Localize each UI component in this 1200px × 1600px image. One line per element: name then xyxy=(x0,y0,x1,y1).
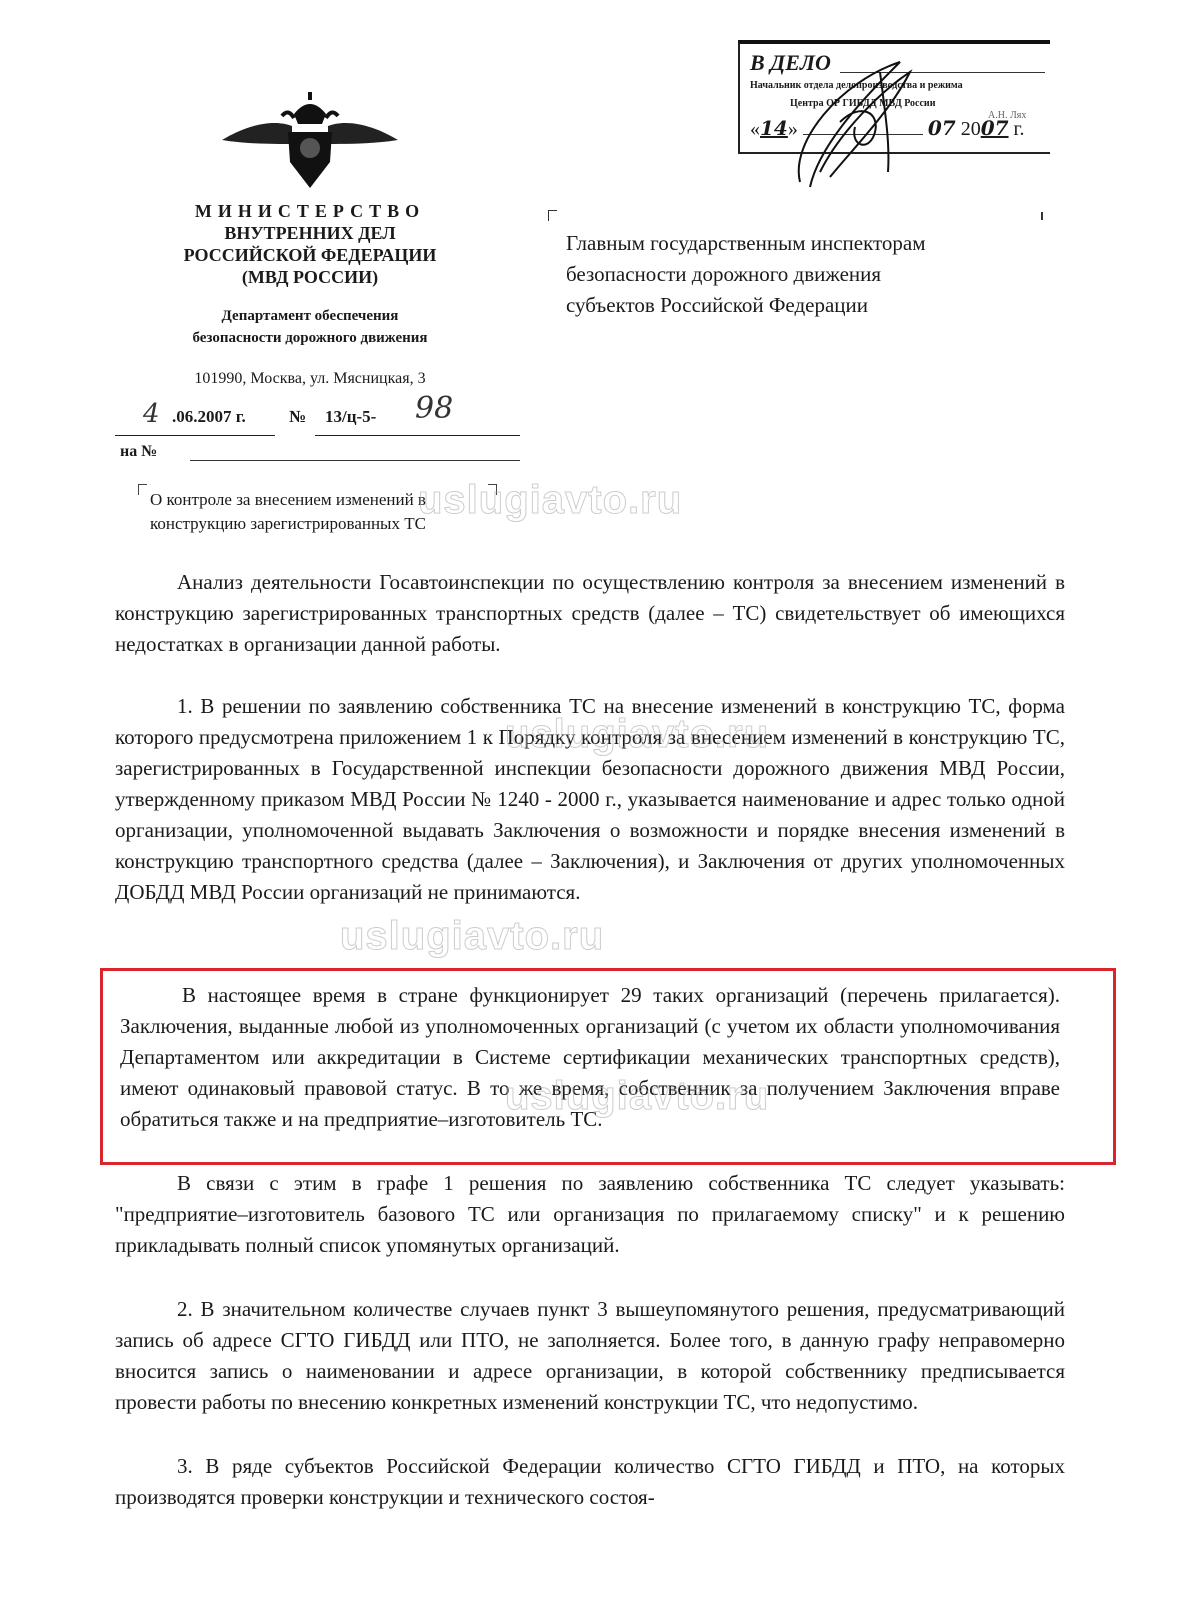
letterhead-line2: ВНУТРЕННИХ ДЕЛ xyxy=(100,222,520,244)
paragraph-intro: Анализ деятельности Госавтоинспекции по … xyxy=(115,567,1065,660)
paragraph-3-text: 3. В ряде субъектов Российской Федерации… xyxy=(115,1451,1065,1513)
watermark: uslugiavto.ru xyxy=(505,1074,769,1119)
letterhead-department: Департамент обеспечения безопасности дор… xyxy=(100,305,520,349)
outgoing-number: 4 .06.2007 г. № 13/ц-5- 98 xyxy=(115,405,520,435)
letterhead-dept-line2: безопасности дорожного движения xyxy=(100,327,520,349)
watermark: uslugiavto.ru xyxy=(340,914,604,959)
addressee-line1: Главным государственным инспекторам xyxy=(566,228,1066,259)
date-text: .06.2007 г. xyxy=(172,407,246,427)
watermark: uslugiavto.ru xyxy=(505,712,769,757)
reply-to-number: на № xyxy=(120,443,520,469)
reply-underline xyxy=(190,460,520,461)
paragraph-2: 2. В значительном количестве случаев пун… xyxy=(115,1294,1065,1418)
watermark: uslugiavto.ru xyxy=(418,478,682,523)
number-underline xyxy=(315,435,520,436)
mvd-emblem-icon xyxy=(222,92,398,192)
date-day-handwritten: 4 xyxy=(143,399,160,429)
document-number: 13/ц-5- xyxy=(325,407,376,427)
stamp-year-prefix: 20 xyxy=(961,118,981,140)
letterhead-line3: РОССИЙСКОЙ ФЕДЕРАЦИИ xyxy=(100,244,520,266)
letterhead-ministry-title: МИНИСТЕРСТВО xyxy=(100,200,520,222)
paragraph-link-text: В связи с этим в графе 1 решения по заяв… xyxy=(115,1168,1065,1261)
addressee-corner-right xyxy=(1041,212,1043,220)
paragraph-3: 3. В ряде субъектов Российской Федерации… xyxy=(115,1451,1065,1513)
stamp-year: 07 xyxy=(981,116,1009,140)
addressee: Главным государственным инспекторам безо… xyxy=(566,228,1066,321)
stamp-month: 07 xyxy=(928,116,956,140)
number-sign: № xyxy=(289,407,306,427)
paragraph-2-text: 2. В значительном количестве случаев пун… xyxy=(115,1294,1065,1418)
reply-label: на № xyxy=(120,443,157,460)
letterhead-ministry: МИНИСТЕРСТВО ВНУТРЕННИХ ДЕЛ РОССИЙСКОЙ Ф… xyxy=(100,200,520,288)
addressee-corner-left xyxy=(548,210,557,221)
letterhead-address: 101990, Москва, ул. Мясницкая, 3 xyxy=(100,370,520,388)
signature-icon xyxy=(780,52,930,192)
letterhead-line4: (МВД РОССИИ) xyxy=(100,266,520,288)
letterhead-dept-line1: Департамент обеспечения xyxy=(100,305,520,327)
paragraph-intro-text: Анализ деятельности Госавтоинспекции по … xyxy=(115,567,1065,660)
document-number-handwritten: 98 xyxy=(415,391,453,426)
subject-corner-left xyxy=(138,484,147,495)
addressee-line2: безопасности дорожного движения xyxy=(566,259,1066,290)
paragraph-link: В связи с этим в графе 1 решения по заяв… xyxy=(115,1168,1065,1261)
addressee-line3: субъектов Российской Федерации xyxy=(566,290,1066,321)
date-underline xyxy=(115,435,275,436)
